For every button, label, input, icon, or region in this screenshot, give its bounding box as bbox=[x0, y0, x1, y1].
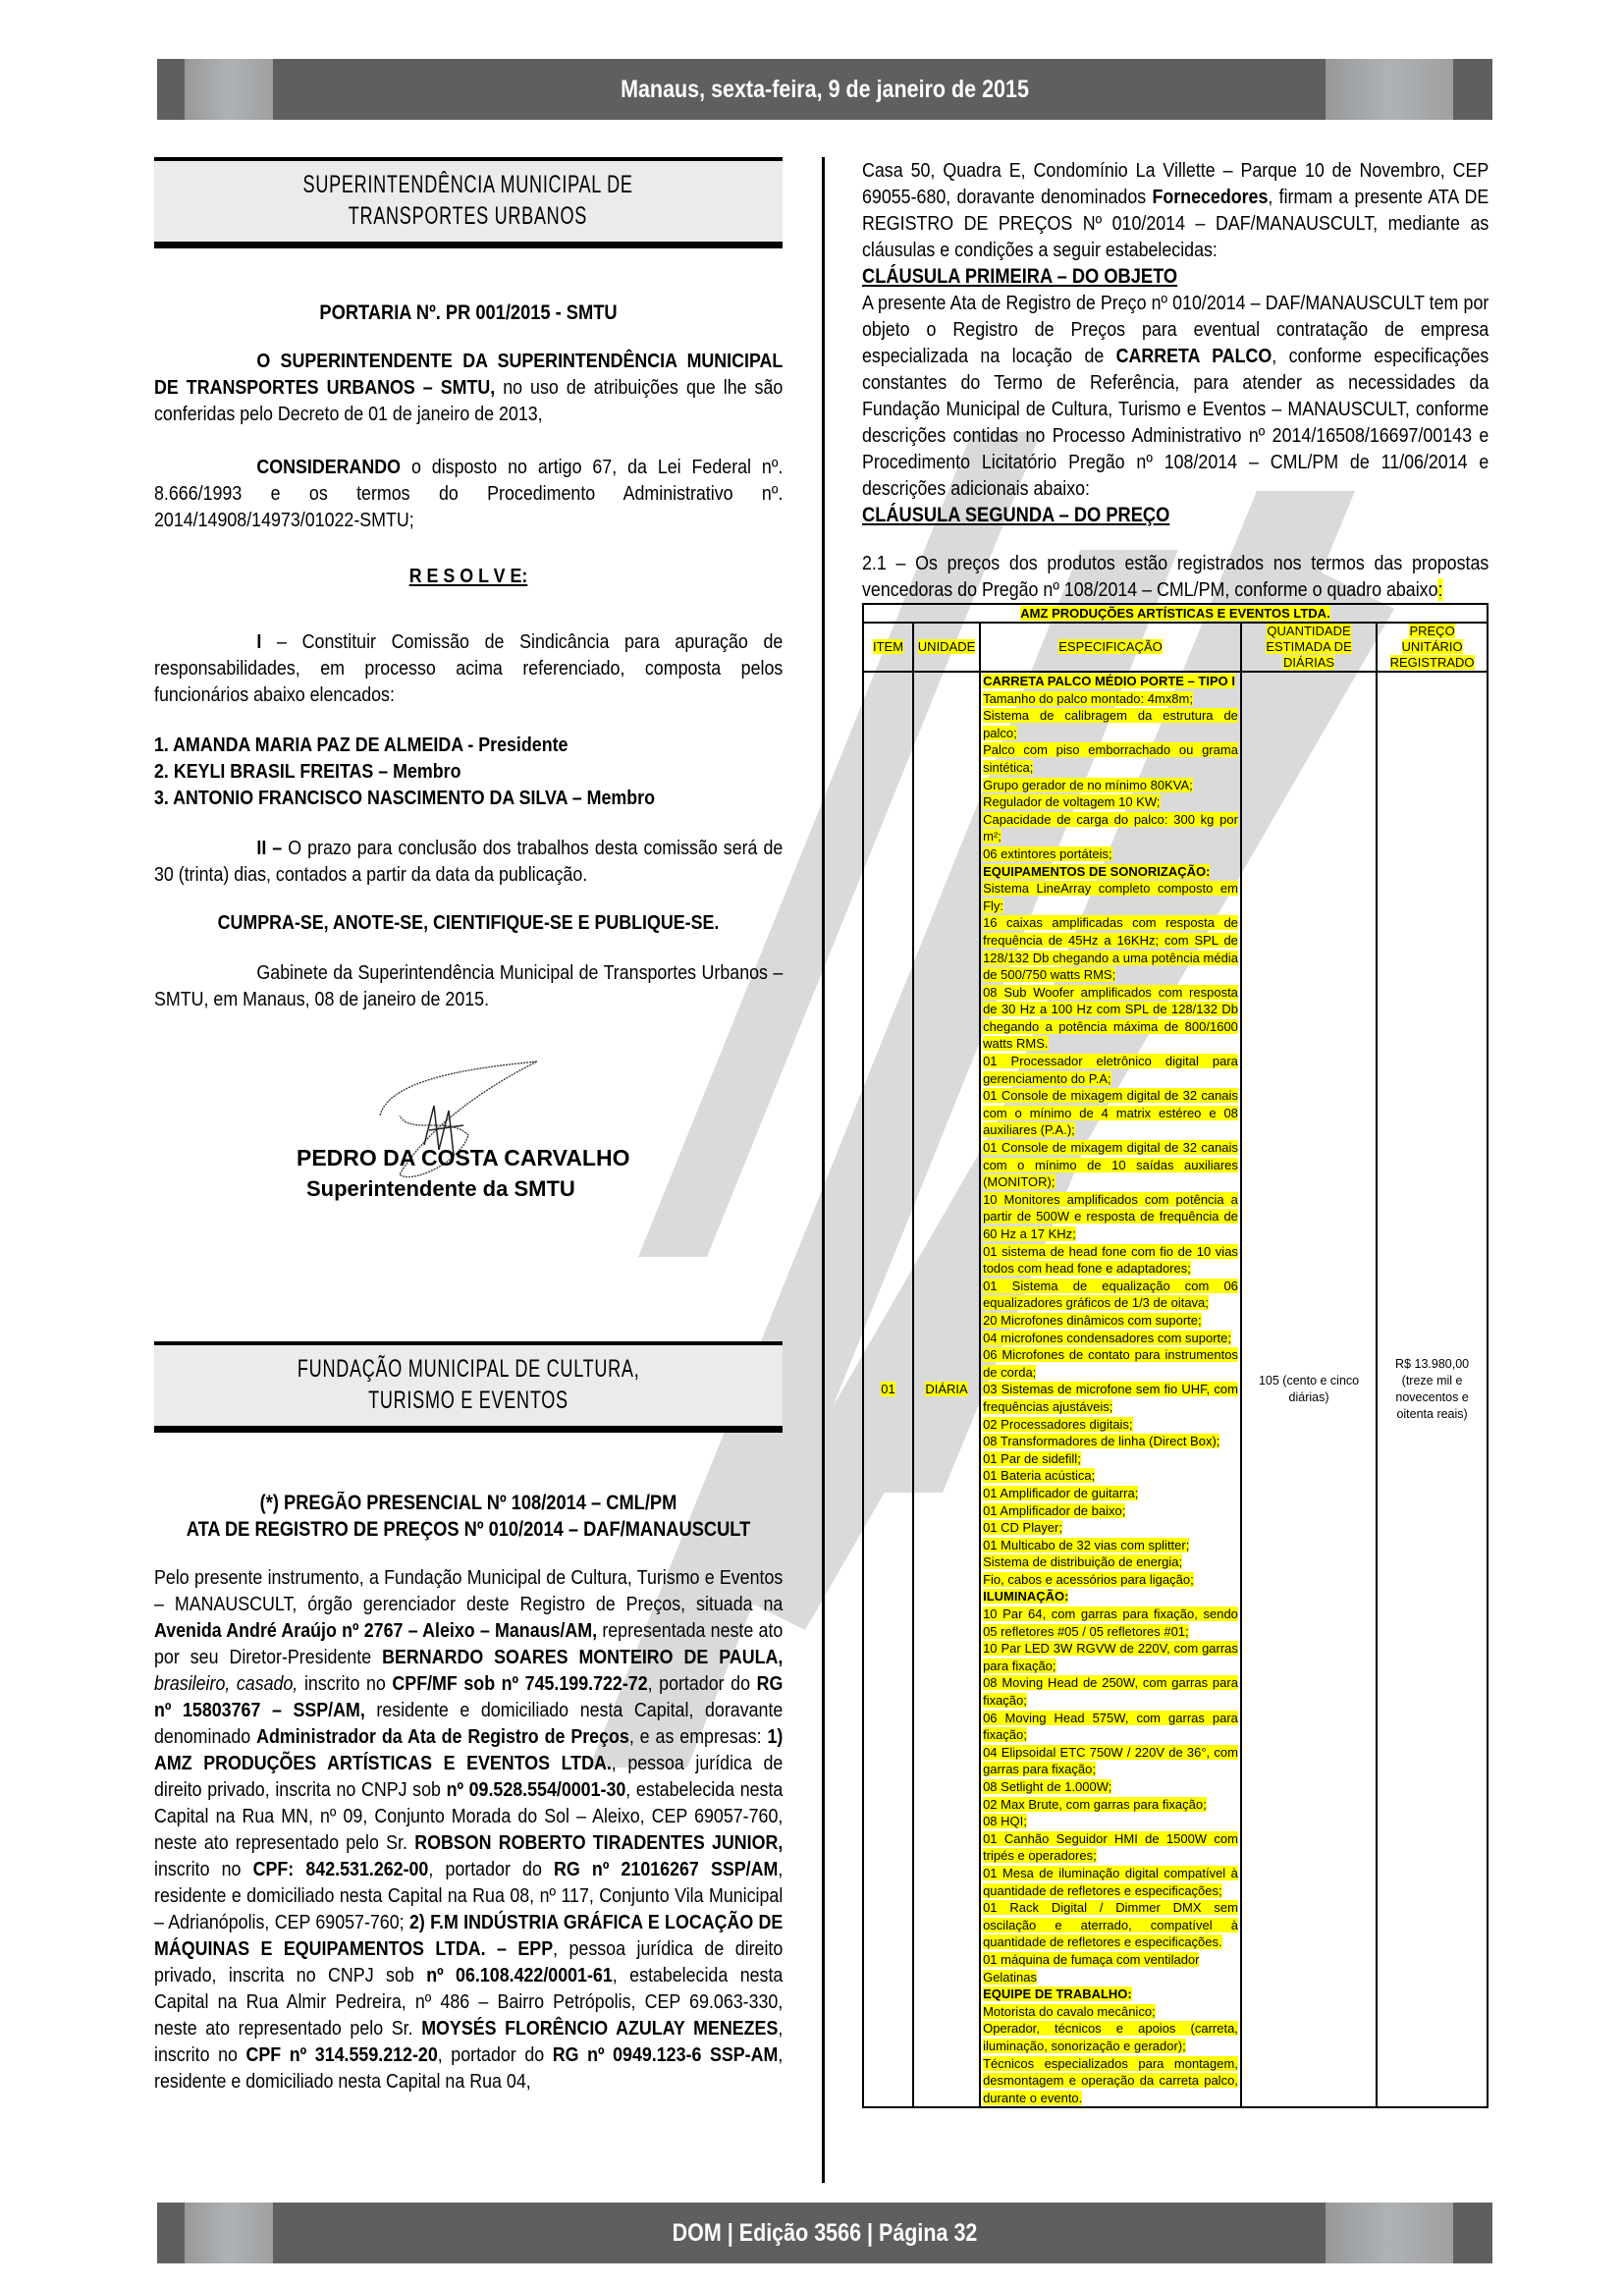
spec-line: 01 CD Player; bbox=[983, 1519, 1238, 1537]
clausula-primeira-title: CLÁUSULA PRIMEIRA – DO OBJETO bbox=[862, 263, 1489, 290]
row-especificacao: CARRETA PALCO MÉDIO PORTE – TIPO ITamanh… bbox=[980, 672, 1241, 2107]
col-preco: PREÇO UNITÁRIO bbox=[1402, 624, 1463, 654]
row-unidade: DIÁRIA bbox=[925, 1382, 967, 1396]
ata-title: ATA DE REGISTRO DE PREÇOS Nº 010/2014 – … bbox=[154, 1516, 783, 1543]
spec-line: 16 caixas amplificadas com resposta de f… bbox=[983, 914, 1238, 983]
spec-line: 06 extintores portáteis; bbox=[983, 845, 1238, 863]
spec-line: 02 Processadores digitais; bbox=[983, 1416, 1238, 1434]
spec-line: 08 Transformadores de linha (Direct Box)… bbox=[983, 1433, 1238, 1450]
spec-line: Operador, técnicos e apoios (carreta, il… bbox=[983, 2020, 1238, 2054]
spec-line: 01 Multicabo de 32 vias com splitter; bbox=[983, 1537, 1238, 1554]
price-table: AMZ PRODUÇÕES ARTÍSTICAS E EVENTOS LTDA.… bbox=[862, 603, 1489, 2108]
spec-line: 01 Console de mixagem digital de 32 cana… bbox=[983, 1139, 1238, 1191]
col-unidade: UNIDADE bbox=[918, 639, 976, 654]
spec-line: 01 Rack Digital / Dimmer DMX sem oscilaç… bbox=[983, 1899, 1238, 1951]
row-item: 01 bbox=[881, 1382, 894, 1396]
portaria-title: PORTARIA Nº. PR 001/2015 - SMTU bbox=[154, 299, 783, 326]
spec-line: 02 Max Brute, com garras para fixação; bbox=[983, 1796, 1238, 1814]
considerando-paragraph: CONSIDERANDO o disposto no artigo 67, da… bbox=[154, 454, 783, 533]
spec-line: 01 Par de sidefill; bbox=[983, 1450, 1238, 1468]
page-date: Manaus, sexta-feira, 9 de janeiro de 201… bbox=[250, 59, 1399, 120]
spec-line: 01 Console de mixagem digital de 32 cana… bbox=[983, 1087, 1238, 1139]
spec-line: 01 máquina de fumaça com ventilador bbox=[983, 1951, 1238, 1969]
spec-line: 01 Amplificador de guitarra; bbox=[983, 1485, 1238, 1502]
spec-line: Capacidade de carga do palco: 300 kg por… bbox=[983, 811, 1238, 845]
portaria-intro: O SUPERINTENDENTE DA SUPERINTENDÊNCIA MU… bbox=[154, 348, 783, 427]
signature-icon bbox=[370, 1057, 547, 1194]
spec-line: 20 Microfones dinâmicos com suporte; bbox=[983, 1312, 1238, 1330]
spec-line: 03 Sistemas de microfone sem fio UHF, co… bbox=[983, 1381, 1238, 1415]
spec-line: Palco com piso emborrachado ou grama sin… bbox=[983, 741, 1238, 776]
spec-line: CARRETA PALCO MÉDIO PORTE – TIPO I bbox=[983, 673, 1238, 690]
spec-line: Sistema de calibragem da estrutura de pa… bbox=[983, 707, 1238, 741]
clausula-primeira-text: A presente Ata de Registro de Preço nº 0… bbox=[862, 290, 1489, 502]
spec-line: EQUIPE DE TRABALHO: bbox=[983, 1986, 1238, 2003]
pregao-title: (*) PREGÃO PRESENCIAL Nº 108/2014 – CML/… bbox=[154, 1490, 783, 1516]
spec-line: Gelatinas bbox=[983, 1969, 1238, 1987]
spec-line: 01 sistema de head fone com fio de 10 vi… bbox=[983, 1243, 1238, 1278]
top-date-banner: Manaus, sexta-feira, 9 de janeiro de 201… bbox=[157, 59, 1492, 120]
smtu-section-header: SUPERINTENDÊNCIA MUNICIPAL DETRANSPORTES… bbox=[154, 157, 783, 248]
spec-line: ILUMINAÇÃO: bbox=[983, 1588, 1238, 1606]
col-quantidade-sub: ESTIMADA DE DIÁRIAS bbox=[1266, 639, 1351, 670]
resolve-heading: R E S O L V E: bbox=[154, 563, 783, 589]
spec-line: 01 Processador eletrônico digital para g… bbox=[983, 1053, 1238, 1087]
signature-block: PEDRO DA COSTA CARVALHO Superintendente … bbox=[154, 1057, 783, 1194]
cumpra-se: CUMPRA-SE, ANOTE-SE, CIENTIFIQUE-SE E PU… bbox=[154, 909, 783, 936]
table-header-row: ITEM UNIDADE ESPECIFICAÇÃO QUANTIDADEEST… bbox=[863, 623, 1488, 672]
preamble-continuation: Casa 50, Quadra E, Condomínio La Villett… bbox=[862, 157, 1489, 263]
clausula-segunda-title: CLÁUSULA SEGUNDA – DO PREÇO bbox=[862, 502, 1489, 528]
left-column: SUPERINTENDÊNCIA MUNICIPAL DETRANSPORTES… bbox=[154, 157, 783, 2095]
col-preco-sub: REGISTRADO bbox=[1390, 655, 1475, 670]
spec-line: Regulador de voltagem 10 KW; bbox=[983, 793, 1238, 811]
column-divider bbox=[822, 157, 825, 2183]
spec-line: 04 microfones condensadores com suporte; bbox=[983, 1330, 1238, 1347]
spec-line: 01 Mesa de iluminação digital compatível… bbox=[983, 1865, 1238, 1899]
spec-line: 06 Moving Head 575W, com garras para fix… bbox=[983, 1710, 1238, 1744]
signer-role: Superintendente da SMTU bbox=[306, 1176, 575, 1202]
spec-line: Grupo gerador de no mínimo 80KVA; bbox=[983, 777, 1238, 794]
gabinete-paragraph: Gabinete da Superintendência Municipal d… bbox=[154, 959, 783, 1012]
spec-line: 08 Setlight de 1.000W; bbox=[983, 1778, 1238, 1796]
spec-line: 01 Sistema de equalização com 06 equaliz… bbox=[983, 1278, 1238, 1312]
fundacao-section-header: FUNDAÇÃO MUNICIPAL DE CULTURA,TURISMO E … bbox=[154, 1341, 783, 1433]
spec-line: Tamanho do palco montado: 4mx8m; bbox=[983, 690, 1238, 708]
table-row: 01 DIÁRIA CARRETA PALCO MÉDIO PORTE – TI… bbox=[863, 672, 1488, 2107]
spec-line: 01 Canhão Seguidor HMI de 1500W com trip… bbox=[983, 1830, 1238, 1865]
signer-name: PEDRO DA COSTA CARVALHO bbox=[297, 1145, 629, 1171]
member-3: 3. ANTONIO FRANCISCO NASCIMENTO DA SILVA… bbox=[154, 785, 783, 811]
item-i-paragraph: I – Constituir Comissão de Sindicância p… bbox=[154, 628, 783, 708]
spec-line: Técnicos especializados para montagem, d… bbox=[983, 2055, 1238, 2107]
spec-line: Motorista do cavalo mecânico; bbox=[983, 2003, 1238, 2021]
company-name: AMZ PRODUÇÕES ARTÍSTICAS E EVENTOS LTDA. bbox=[1020, 606, 1329, 621]
row-quantidade: 105 (cento e cinco diárias) bbox=[1241, 672, 1377, 2107]
item-ii-paragraph: II – O prazo para conclusão dos trabalho… bbox=[154, 835, 783, 888]
member-2: 2. KEYLI BRASIL FREITAS – Membro bbox=[154, 758, 783, 785]
spec-line: 08 HQI; bbox=[983, 1813, 1238, 1830]
spec-line: 10 Par 64, com garras para fixação, send… bbox=[983, 1606, 1238, 1640]
right-column: Casa 50, Quadra E, Condomínio La Villett… bbox=[862, 157, 1489, 2108]
edition-info: DOM | Edição 3566 | Página 32 bbox=[250, 2203, 1399, 2263]
spec-line: EQUIPAMENTOS DE SONORIZAÇÃO: bbox=[983, 863, 1238, 881]
row-preco: R$ 13.980,00 (treze mil e novecentos e o… bbox=[1377, 672, 1488, 2107]
spec-line: Sistema de distribuição de energia; bbox=[983, 1553, 1238, 1571]
table-company-row: AMZ PRODUÇÕES ARTÍSTICAS E EVENTOS LTDA. bbox=[863, 604, 1488, 623]
spec-line: 01 Bateria acústica; bbox=[983, 1467, 1238, 1485]
col-quantidade: QUANTIDADE bbox=[1267, 624, 1350, 638]
spec-line: 01 Amplificador de baixo; bbox=[983, 1502, 1238, 1520]
spec-line: 08 Sub Woofer amplificados com resposta … bbox=[983, 984, 1238, 1053]
col-especificacao: ESPECIFICAÇÃO bbox=[1058, 639, 1162, 654]
spec-line: 10 Par LED 3W RGVW de 220V, com garras p… bbox=[983, 1640, 1238, 1674]
spec-line: Fio, cabos e acessórios para ligação; bbox=[983, 1571, 1238, 1589]
col-item: ITEM bbox=[873, 639, 903, 654]
spec-line: Sistema LineArray completo composto em F… bbox=[983, 880, 1238, 914]
member-1: 1. AMANDA MARIA PAZ DE ALMEIDA - Preside… bbox=[154, 732, 783, 758]
spec-line: 10 Monitores amplificados com potência a… bbox=[983, 1191, 1238, 1243]
clausula-segunda-text: 2.1 – Os preços dos produtos estão regis… bbox=[862, 550, 1489, 603]
spec-line: 04 Elipsoidal ETC 750W / 220V de 36°, co… bbox=[983, 1744, 1238, 1778]
spec-line: 06 Microfones de contato para instrument… bbox=[983, 1346, 1238, 1381]
bottom-edition-banner: DOM | Edição 3566 | Página 32 bbox=[157, 2203, 1492, 2263]
ata-preamble: Pelo presente instrumento, a Fundação Mu… bbox=[154, 1564, 783, 2095]
spec-line: 08 Moving Head de 250W, com garras para … bbox=[983, 1674, 1238, 1709]
